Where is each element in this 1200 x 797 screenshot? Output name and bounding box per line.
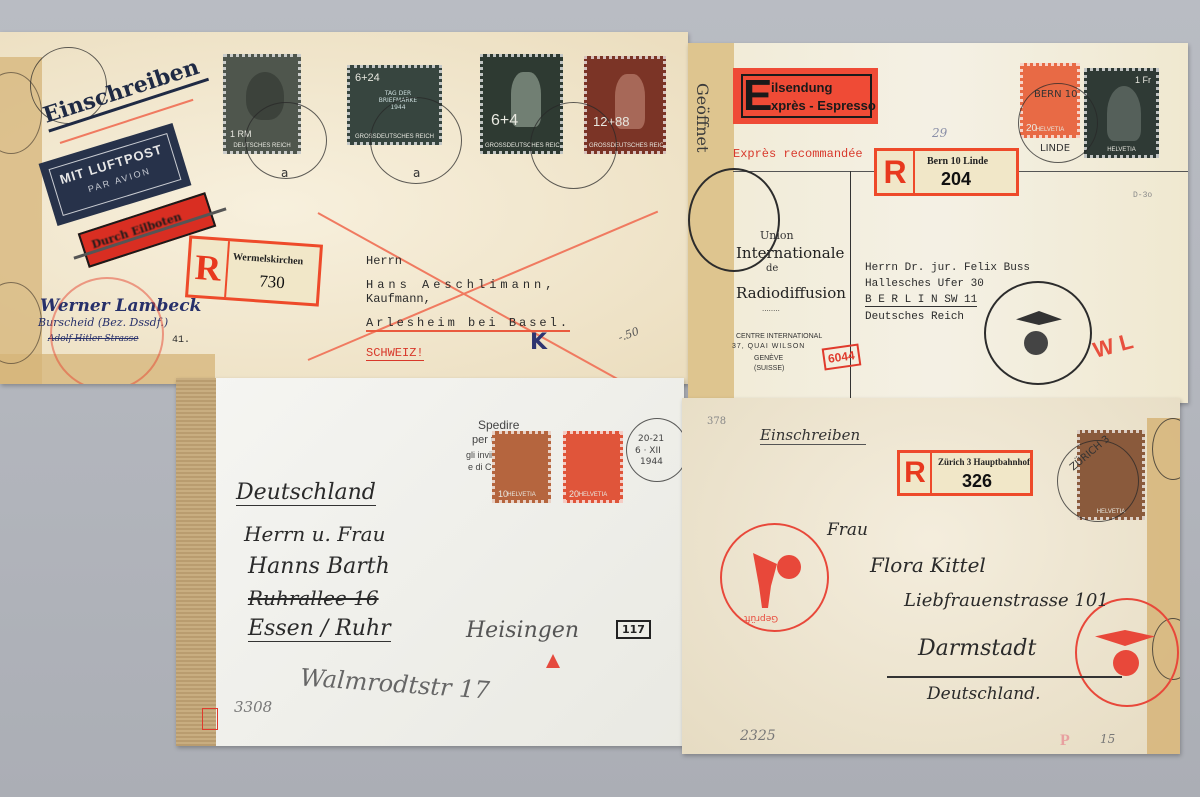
swastika-circle-icon [1113,650,1139,676]
letterhead-line4: Radiodiffusion [736,284,846,302]
recipient-line4: Deutsches Reich [865,311,964,323]
recipient-city: Darmstadt [918,636,1036,661]
recipient-name: Hans Aeschlimann, [366,278,556,292]
recipient-country: Deutschland. [927,684,1040,704]
postmark-sub: LINDE [1040,143,1070,154]
letterhead-divider [850,171,851,403]
envelope-germany-to-arlesheim: Einschreiben MIT LUFTPOST PAR AVION Durc… [0,32,688,384]
envelope-locarno-to-essen: Spedire per tempo gli invii e di C... HE… [176,378,684,746]
recipient-street: Liebfrauenstrasse 101 [904,590,1109,611]
slogan-line1: Spedire [478,418,519,432]
envelope-geneva-to-berlin: Geöffnet E ilsendung xprès - Espresso Ex… [688,43,1188,403]
pencil-top-note: 29 [932,126,947,140]
pencil-note: D-3o [1133,191,1152,200]
pencil-note: 15 [1100,732,1115,746]
red-censor-stamp [50,277,164,384]
letterhead-address3: GENÈVE [754,355,783,362]
postmark-time: 20-21 [638,434,664,444]
postmark-letter: a [281,166,288,180]
registration-label: R Wermelskirchen 730 [185,235,323,306]
recipient-salutation: Frau [827,520,868,540]
pencil-top-note: 378 [707,416,726,427]
registered-heading: Einschreiben [760,426,866,445]
pencil-note: 3308 [234,698,272,716]
recipient-line2: Hanns Barth [248,554,390,579]
letterhead-address4: (SUISSE) [754,365,784,372]
swastika-circle-icon [777,555,801,579]
tape-text: Geöffnet [693,83,712,152]
letterhead-address1: CENTRE INTERNATIONAL [736,333,822,340]
envelope-zurich-to-darmstadt: 378 Einschreiben R Zürich 3 Hauptbahnhof… [682,398,1180,754]
express-label: E ilsendung xprès - Espresso [733,68,878,124]
censor-tape-textured [176,378,216,746]
registration-label: R Bern 10 Linde 204 [874,148,1019,196]
stamp-20-helvetia: HELVETIA 20 [563,431,623,503]
postmark-year: 1944 [640,457,663,467]
wreath-icon [1024,331,1048,355]
eagle-icon [1095,630,1155,646]
registration-r: R [188,239,230,298]
red-box-mark [202,708,218,730]
letterhead-line3: de [766,263,778,274]
letterhead-dots: ........ [762,305,780,313]
cancel-circle [530,102,617,189]
recipient-line2: Hallesches Ufer 30 [865,278,984,290]
registration-label: R Zürich 3 Hauptbahnhof 326 [897,450,1033,496]
letterhead-address2: 37, QUAI WILSON [732,343,805,350]
recipient-line1: Herrn u. Frau [244,522,385,546]
recipient-street-struck: Ruhrallee 16 [248,586,379,610]
wehrmacht-censor-stamp-left [688,168,780,272]
red-p-mark: P [1060,732,1070,750]
postmark-date: 6 · XII [635,446,661,456]
registration-number: 730 [259,271,286,293]
recipient-salutation: Herrn [366,254,402,268]
sender-house-number: 41. [172,335,190,346]
red-triangle-mark [546,654,560,668]
eagle-icon [1016,311,1062,325]
registration-office: Wermelskirchen [233,252,304,268]
recipient-line3: B E R L I N SW 11 [865,294,977,307]
pencil-bottom-note: 2325 [740,728,776,744]
address-underline [887,676,1122,678]
censor-text: Geprüft [744,613,778,623]
service-text: Exprès recommandée [733,147,863,161]
redirect-district: Heisingen [466,618,579,643]
recipient-line1: Herrn Dr. jur. Felix Buss [865,262,1030,274]
wehrmacht-censor-stamp [984,281,1092,385]
eagle-icon [750,553,780,608]
recipient-country: SCHWEIZ! [366,346,424,361]
slogan-line3: gli invii [466,450,493,460]
postmark-letter: a [413,166,420,180]
box-number: 117 [616,620,651,639]
blue-k-mark: K [530,330,547,355]
postmark-city: BERN 10 [1034,89,1078,100]
stamp-10-helvetia: HELVETIA 10 [492,431,551,503]
red-censor-stamp-right [1075,598,1179,707]
recipient-name: Flora Kittel [870,553,986,577]
recipient-country: Deutschland [236,480,376,506]
recipient-occupation: Kaufmann, [366,292,431,306]
recipient-city: Essen / Ruhr [248,616,391,642]
